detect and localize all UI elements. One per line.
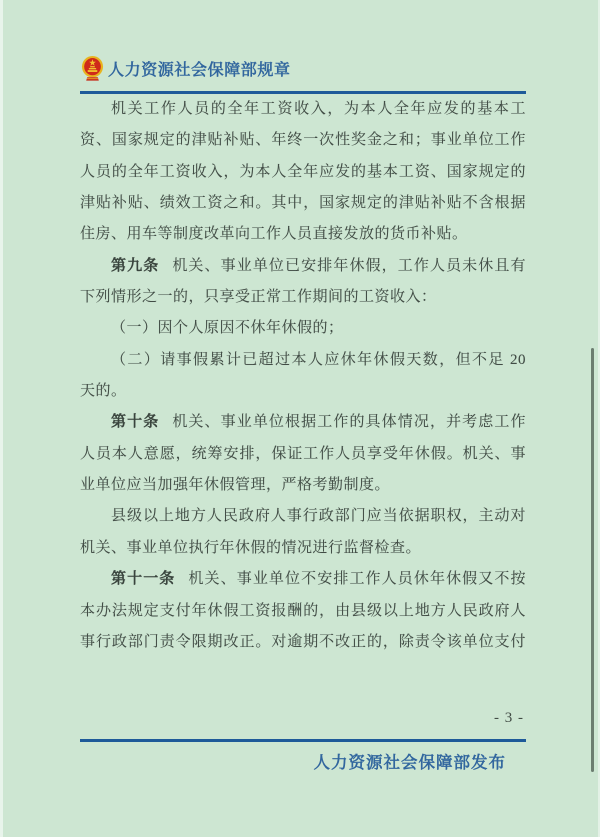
text-line: 津贴补贴、绩效工资之和。其中，国家规定的津贴补贴不含根据: [80, 188, 526, 219]
text-line: 县级以上地方人民政府人事行政部门应当依据职权，主动对: [80, 501, 526, 532]
publisher-label: 人力资源社会保障部发布: [80, 749, 506, 773]
text-line: 第十条机关、事业单位根据工作的具体情况，并考虑工作: [80, 407, 526, 438]
text-line: 下列情形之一的，只享受正常工作期间的工资收入：: [80, 282, 526, 313]
text-line: 事行政部门责令限期改正。对逾期不改正的，除责令该单位支付: [80, 627, 526, 658]
text-line: 业单位应当加强年休假管理，严格考勤制度。: [80, 470, 526, 501]
text-line: 人员的全年工资收入，为本人全年应发的基本工资、国家规定的: [80, 157, 526, 188]
article-number-label: 第十一条: [111, 571, 175, 587]
article-number-label: 第十条: [111, 414, 159, 430]
text-line: 本办法规定支付年休假工资报酬的，由县级以上地方人民政府人: [80, 596, 526, 627]
page-number: - 3 -: [80, 710, 524, 727]
text-line: 第十一条机关、事业单位不安排工作人员休年休假又不按: [80, 564, 526, 595]
text-line: 机关工作人员的全年工资收入，为本人全年应发的基本工: [80, 94, 526, 125]
document-page: 人力资源社会保障部规章 机关工作人员的全年工资收入，为本人全年应发的基本工资、国…: [0, 0, 600, 837]
document-category-title: 人力资源社会保障部规章: [108, 57, 291, 80]
text-line: 机关、事业单位执行年休假的情况进行监督检查。: [80, 533, 526, 564]
footer-divider: [80, 739, 526, 742]
national-emblem-icon: [81, 55, 104, 82]
scan-artifact-line: [591, 348, 594, 772]
text-line: 人员本人意愿，统筹安排，保证工作人员享受年休假。机关、事: [80, 439, 526, 470]
text-line: 住房、用车等制度改革向工作人员直接发放的货币补贴。: [80, 219, 526, 250]
text-line: 资、国家规定的津贴补贴、年终一次性奖金之和；事业单位工作: [80, 125, 526, 156]
document-body: 机关工作人员的全年工资收入，为本人全年应发的基本工资、国家规定的津贴补贴、年终一…: [80, 94, 526, 658]
article-number-label: 第九条: [111, 258, 159, 274]
document-header: 人力资源社会保障部规章: [81, 55, 291, 82]
text-line: 天的。: [80, 376, 526, 407]
text-line: 第九条机关、事业单位已安排年休假，工作人员未休且有: [80, 251, 526, 282]
text-line: （一）因个人原因不休年休假的；: [80, 313, 526, 344]
scan-edge-left: [0, 0, 3, 837]
text-line: （二）请事假累计已超过本人应休年休假天数，但不足 20: [80, 345, 526, 376]
